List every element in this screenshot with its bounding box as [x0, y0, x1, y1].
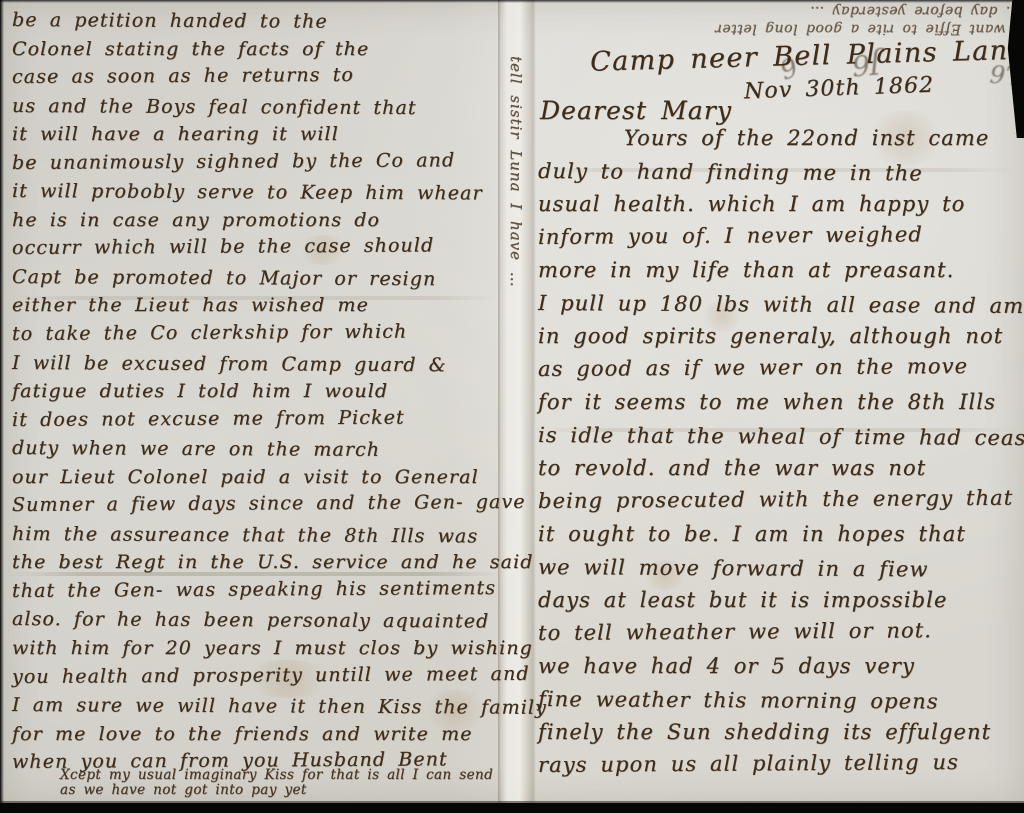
handwriting-line: for me love to the friends and write me	[12, 720, 504, 749]
handwriting-line: case as soon as he returns to	[12, 60, 504, 92]
scan-edge-top	[0, 0, 1024, 3]
handwriting-line: as good as if we wer on the move	[538, 350, 1024, 386]
handwriting-line: I pull up 180 lbs with all ease and am	[538, 287, 1024, 323]
handwriting-line: being prosecuted with the energy that	[538, 482, 1024, 518]
inverted-note-line: … day before yesterday …	[516, 2, 1020, 20]
right-page-body: Yours of the 22ond inst cameduly to hand…	[538, 122, 1024, 782]
left-page-postscript: Xcept my usual imaginary Kiss for that i…	[60, 768, 620, 797]
inverted-cross-writing: I want Effie to rite a good long letter……	[516, 0, 1020, 38]
handwriting-line: us and the Boys feal confident that	[12, 92, 504, 123]
letter-scan: be a petition handed to theColonel stati…	[0, 0, 1024, 813]
handwriting-line: it will have a hearing it will	[12, 120, 504, 149]
handwriting-line: either the Lieut has wished me	[12, 291, 504, 320]
handwriting-line: in good spirits generaly, although not	[538, 320, 1024, 353]
inverted-note-line: I want Effie to rite a good long letter	[516, 20, 1020, 38]
handwriting-line: to take the Co clerkship for which	[12, 317, 504, 349]
handwriting-line: he is in case any promotions do	[12, 206, 504, 235]
handwriting-line: more in my life than at preasant.	[538, 254, 1024, 287]
handwriting-line: with him for 20 years I must clos by wis…	[12, 634, 504, 663]
handwriting-line: to tell wheather we will or not.	[538, 614, 1024, 650]
handwriting-line: rays upon us all plainly telling us	[538, 746, 1024, 782]
handwriting-line: we have had 4 or 5 days very	[538, 650, 1024, 683]
handwriting-line: Sumner a fiew days since and the Gen- ga…	[12, 488, 504, 520]
handwriting-line: it does not excuse me from Picket	[12, 403, 504, 435]
handwriting-line: be unanimously sighned by the Co and	[12, 146, 504, 178]
fold-vertical-note: tell sistir Luna I have …	[499, 56, 525, 716]
handwriting-line: you health and prosperity untill we meet…	[12, 660, 504, 692]
handwriting-line: to revold. and the war was not	[538, 452, 1024, 485]
handwriting-line: days at least but it is impossible	[538, 584, 1024, 617]
handwriting-line: Yours of the 22ond inst came	[538, 122, 1024, 155]
handwriting-line: finely the Sun shedding its effulgent	[538, 716, 1024, 749]
handwriting-line: Colonel stating the facts of the	[12, 35, 504, 64]
ink-bleed-mark: J6	[851, 47, 883, 82]
handwriting-line: it ought to be. I am in hopes that	[538, 518, 1024, 551]
postscript-line: Xcept my usual imaginary Kiss for that i…	[60, 768, 620, 783]
handwriting-line: be a petition handed to the	[12, 6, 504, 37]
handwriting-line: occurr which will be the case should	[12, 231, 504, 263]
handwriting-line: fine weather this morning opens	[538, 683, 1024, 719]
left-page: be a petition handed to theColonel stati…	[12, 6, 504, 777]
handwriting-line: for it seems to me when the 8th Ills	[538, 386, 1024, 419]
handwriting-line: also. for he has been personaly aquainte…	[12, 605, 504, 636]
scan-edge-left	[0, 0, 4, 805]
handwriting-line: we will move forward in a fiew	[538, 551, 1024, 587]
handwriting-line: it will probobly serve to Keep him whear	[12, 177, 504, 208]
handwriting-line: the best Regt in the U.S. service and he…	[12, 548, 504, 577]
postscript-line: as we have not got into pay yet	[60, 783, 620, 798]
handwriting-line: Capt be promoted to Major or resign	[12, 263, 504, 294]
handwriting-line: usual health. which I am happy to	[538, 188, 1024, 221]
handwriting-line: duly to hand finding me in the	[538, 155, 1024, 191]
handwriting-line: our Lieut Colonel paid a visit to Genera…	[12, 463, 504, 492]
handwriting-line: I am sure we will have it then Kiss the …	[12, 691, 504, 722]
handwriting-line: that the Gen- was speaking his sentiment…	[12, 574, 504, 606]
scan-edge-bottom	[0, 803, 1024, 813]
handwriting-line: is idle that the wheal of time had cease…	[538, 419, 1024, 455]
letter-salutation: Dearest Mary	[540, 96, 732, 125]
handwriting-line: inform you of. I never weighed	[538, 218, 1024, 254]
handwriting-line: him the assureance that the 8th Ills was	[12, 520, 504, 551]
handwriting-line: fatigue duties I told him I would	[12, 377, 504, 406]
handwriting-line: duty when we are on the march	[12, 434, 504, 465]
handwriting-line: I will be excused from Camp guard &	[12, 349, 504, 380]
